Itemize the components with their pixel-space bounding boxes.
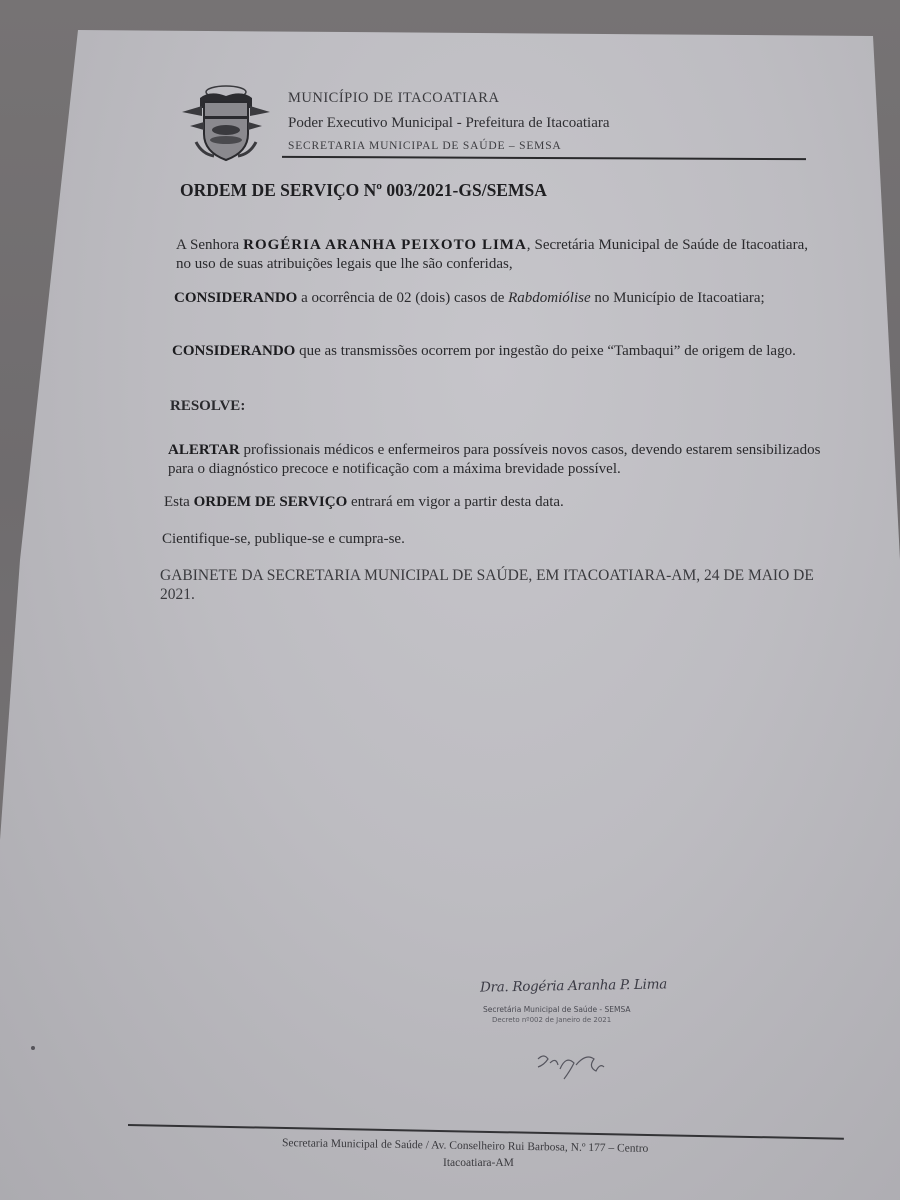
secretary-name: ROGÉRIA ARANHA PEIXOTO LIMA: [243, 237, 527, 253]
considerando-keyword: CONSIDERANDO: [172, 343, 295, 359]
header-executive: Poder Executivo Municipal - Prefeitura d…: [288, 115, 610, 132]
header-divider: [282, 156, 806, 160]
signature-stamp-decree: Decreto nº002 de Janeiro de 2021: [492, 1016, 611, 1024]
intro-paragraph: A Senhora ROGÉRIA ARANHA PEIXOTO LIMA, S…: [176, 236, 808, 274]
header-secretariat: SECRETARIA MUNICIPAL DE SAÚDE – SEMSA: [288, 140, 562, 152]
handwritten-signature-icon: [530, 1045, 610, 1085]
footer-address: Secretaria Municipal de Saúde / Av. Cons…: [282, 1137, 649, 1155]
esta-prefix: Esta: [164, 494, 194, 510]
alertar-keyword: ALERTAR: [168, 442, 240, 458]
effective-date-paragraph: Esta ORDEM DE SERVIÇO entrará em vigor a…: [164, 493, 564, 512]
resolve-heading: RESOLVE:: [170, 397, 245, 416]
document-title: ORDEM DE SERVIÇO Nº 003/2021-GS/SEMSA: [180, 180, 547, 201]
disease-name: Rabdomiólise: [508, 290, 591, 306]
footer-divider: [128, 1124, 844, 1140]
alertar-paragraph: ALERTAR profissionais médicos e enfermei…: [168, 441, 824, 479]
header-municipality: MUNICÍPIO DE ITACOATIARA: [288, 90, 499, 107]
esta-bold: ORDEM DE SERVIÇO: [194, 494, 348, 510]
coat-of-arms-icon: [180, 82, 272, 162]
signature-stamp-name: Dra. Rogéria Aranha P. Lima: [480, 976, 667, 995]
considerando-keyword: CONSIDERANDO: [174, 290, 297, 306]
publication-paragraph: Cientifique-se, publique-se e cumpra-se.: [162, 530, 405, 549]
alertar-text: profissionais médicos e enfermeiros para…: [168, 442, 820, 477]
footer-city: Itacoatiara-AM: [443, 1157, 514, 1169]
considerando-paragraph-2: CONSIDERANDO que as transmissões ocorrem…: [172, 342, 814, 361]
intro-prefix: A Senhora: [176, 237, 243, 253]
considerando-text-after: no Município de Itacoatiara;: [591, 290, 765, 306]
gabinete-paragraph: GABINETE DA SECRETARIA MUNICIPAL DE SAÚD…: [160, 566, 840, 604]
document-page: MUNICÍPIO DE ITACOATIARA Poder Executivo…: [0, 0, 900, 1200]
signature-stamp-role: Secretária Municipal de Saúde - SEMSA: [483, 1005, 631, 1014]
esta-suffix: entrará em vigor a partir desta data.: [347, 494, 564, 510]
paper-speck: [31, 1046, 35, 1050]
considerando-text: que as transmissões ocorrem por ingestão…: [295, 343, 795, 359]
considerando-text: a ocorrência de 02 (dois) casos de: [297, 290, 508, 306]
considerando-paragraph-1: CONSIDERANDO a ocorrência de 02 (dois) c…: [174, 289, 810, 308]
